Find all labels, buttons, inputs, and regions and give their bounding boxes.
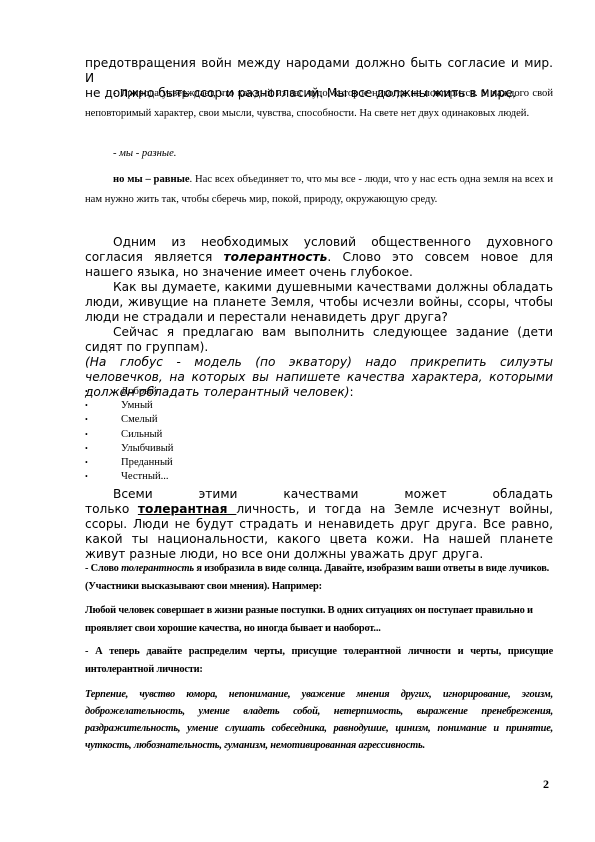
we-are-equal-emphasis: но мы – равные	[113, 174, 190, 185]
list-item: •Преданный	[85, 456, 385, 470]
term-tolerance-sun: толерантность	[121, 563, 194, 574]
bullet-icon: •	[85, 385, 88, 399]
paragraph-we-are-different: - мы - разные.	[85, 143, 553, 164]
bullet-icon: •	[85, 456, 88, 470]
document-page: предотвращения войн между народами должн…	[0, 0, 595, 842]
paragraph-question: Как вы думаете, какими душевными качеств…	[85, 280, 553, 325]
list-item: •Сильный	[85, 428, 385, 442]
paragraph-traits-list: Терпение, чувство юмора, непонимание, ув…	[85, 686, 553, 754]
paragraph-peace-line1: предотвращения войн между народами должн…	[85, 56, 553, 86]
bullet-icon: •	[85, 413, 88, 427]
tolerant-person-body: только толерантная личность, и тогда на …	[85, 502, 553, 562]
bullet-icon: •	[85, 470, 88, 484]
page-number: 2	[543, 777, 549, 792]
bullet-icon: •	[85, 399, 88, 413]
term-tolerant: толерантная	[138, 502, 236, 516]
list-item: •Улыбчивый	[85, 442, 385, 456]
paragraph-example: Любой человек совершает в жизни разные п…	[85, 602, 553, 638]
list-item: •Добрый	[85, 385, 385, 399]
list-item: •Честный...	[85, 470, 385, 484]
bullet-icon: •	[85, 442, 88, 456]
paragraph-tolerant-person: Всеми этими качествами может обладать то…	[85, 487, 553, 562]
term-tolerance: толерантность	[224, 250, 328, 264]
paragraph-we-are-equal: но мы – равные. Нас всех объединяет то, …	[85, 170, 553, 210]
paragraph-tolerance-intro: Одним из необходимых условий общественно…	[85, 235, 553, 280]
list-item: •Умный	[85, 399, 385, 413]
qualities-list: •Добрый •Умный •Смелый •Сильный •Улыбчив…	[85, 385, 385, 484]
tolerant-person-line1: Всеми этими качествами может обладать	[85, 487, 553, 502]
paragraph-nature: - Природа утверждает, что каждый из вас …	[85, 84, 553, 124]
bullet-icon: •	[85, 428, 88, 442]
paragraph-distribute-traits: - А теперь давайте распределим черты, пр…	[85, 643, 553, 679]
paragraph-sun: - Слово толерантность я изобразила в вид…	[85, 560, 553, 596]
list-item: •Смелый	[85, 413, 385, 427]
paragraph-task: Сейчас я предлагаю вам выполнить следующ…	[85, 325, 553, 355]
